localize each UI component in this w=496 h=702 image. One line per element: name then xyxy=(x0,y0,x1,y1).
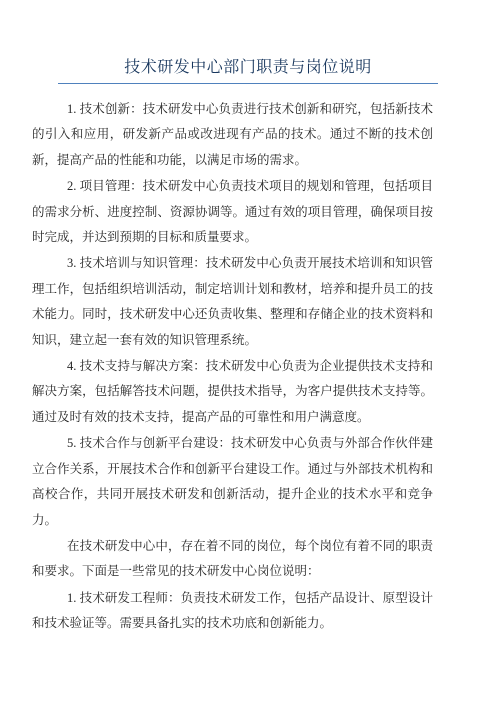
paragraph-duty-2: 2. 项目管理：技术研发中心负责技术项目的规划和管理，包括项目的需求分析、进度控… xyxy=(32,174,433,250)
document-body: 1. 技术创新：技术研发中心负责进行技术创新和研究，包括新技术的引入和应用，研发… xyxy=(32,97,433,637)
paragraph-duty-3: 3. 技术培训与知识管理：技术研发中心负责开展技术培训和知识管理工作，包括组织培… xyxy=(32,251,433,353)
document-page: 技术研发中心部门职责与岗位说明 1. 技术创新：技术研发中心负责进行技术创新和研… xyxy=(0,0,496,702)
paragraph-duty-4: 4. 技术支持与解决方案：技术研发中心负责为企业提供技术支持和解决方案，包括解答… xyxy=(32,354,433,430)
paragraph-positions-intro: 在技术研发中心中，存在着不同的岗位，每个岗位有着不同的职责和要求。下面是一些常见… xyxy=(32,534,433,585)
document-title: 技术研发中心部门职责与岗位说明 xyxy=(0,58,496,78)
title-divider-rule xyxy=(58,83,438,84)
paragraph-duty-1: 1. 技术创新：技术研发中心负责进行技术创新和研究，包括新技术的引入和应用，研发… xyxy=(32,97,433,173)
paragraph-duty-5: 5. 技术合作与创新平台建设：技术研发中心负责与外部合作伙伴建立合作关系，开展技… xyxy=(32,431,433,533)
paragraph-position-1: 1. 技术研发工程师：负责技术研发工作，包括产品设计、原型设计和技术验证等。需要… xyxy=(32,586,433,637)
